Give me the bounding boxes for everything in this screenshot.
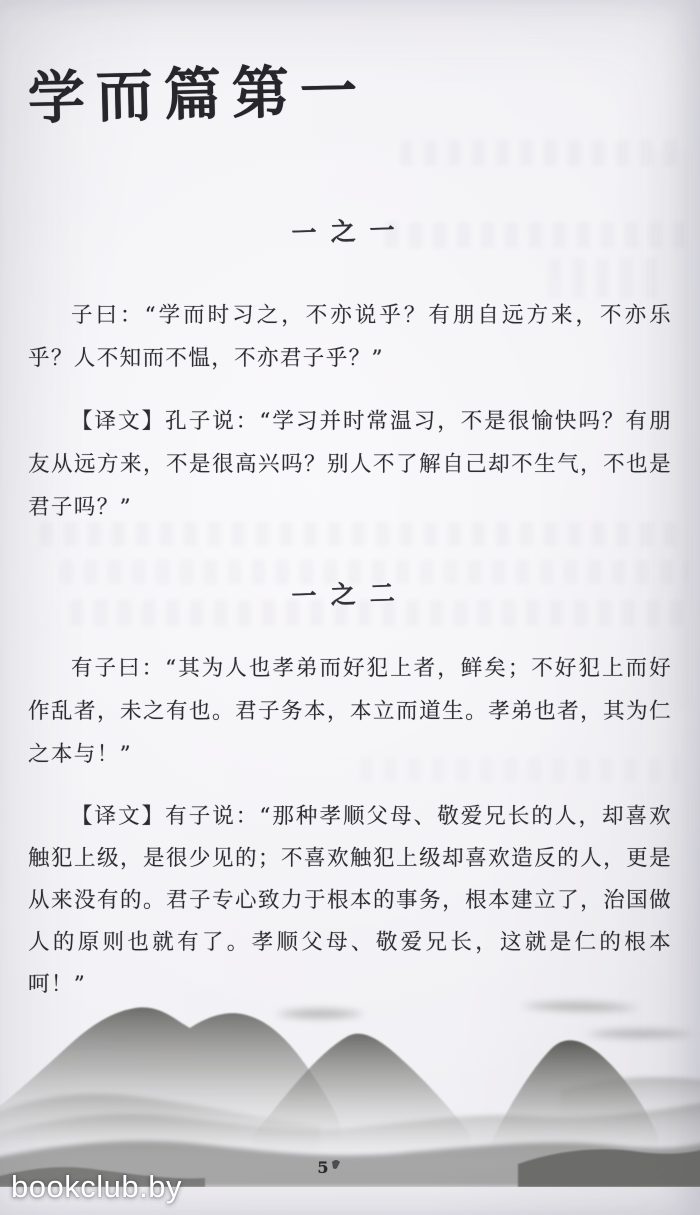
section-heading-1-2: 一之二 xyxy=(28,564,673,622)
ink-wash-mountains-illustration xyxy=(0,992,700,1187)
watermark-bookclub: bookclub.by xyxy=(11,1169,182,1205)
chapter-title: 学而篇第一 xyxy=(27,47,673,136)
original-text-1: 子曰：“学而时习之，不亦说乎？有朋自远方来，不亦乐乎？人不知而不愠，不亦君子乎？… xyxy=(28,294,672,380)
page-number: 5 xyxy=(308,1158,338,1177)
translation-text-2: 【译文】有子说：“那种孝顺父母、敬爱兄长的人，却喜欢触犯上级，是很少见的；不喜欢… xyxy=(28,796,672,1006)
translation-text-1: 【译文】孔子说：“学习并时常温习，不是很愉快吗？有朋友从远方来，不是很高兴吗？别… xyxy=(28,400,672,529)
mist-clouds xyxy=(275,1002,695,1038)
page-content: 学而篇第一 一之一 子曰：“学而时习之，不亦说乎？有朋自远方来，不亦乐乎？人不知… xyxy=(0,0,700,1006)
original-text-2: 有子曰：“其为人也孝弟而好犯上者，鲜矣；不好犯上而好作乱者，未之有也。君子务本，… xyxy=(28,647,672,776)
scanned-book-page: 学而篇第一 一之一 子曰：“学而时习之，不亦说乎？有朋自远方来，不亦乐乎？人不知… xyxy=(0,0,700,1215)
section-heading-1-1: 一之一 xyxy=(28,201,673,259)
